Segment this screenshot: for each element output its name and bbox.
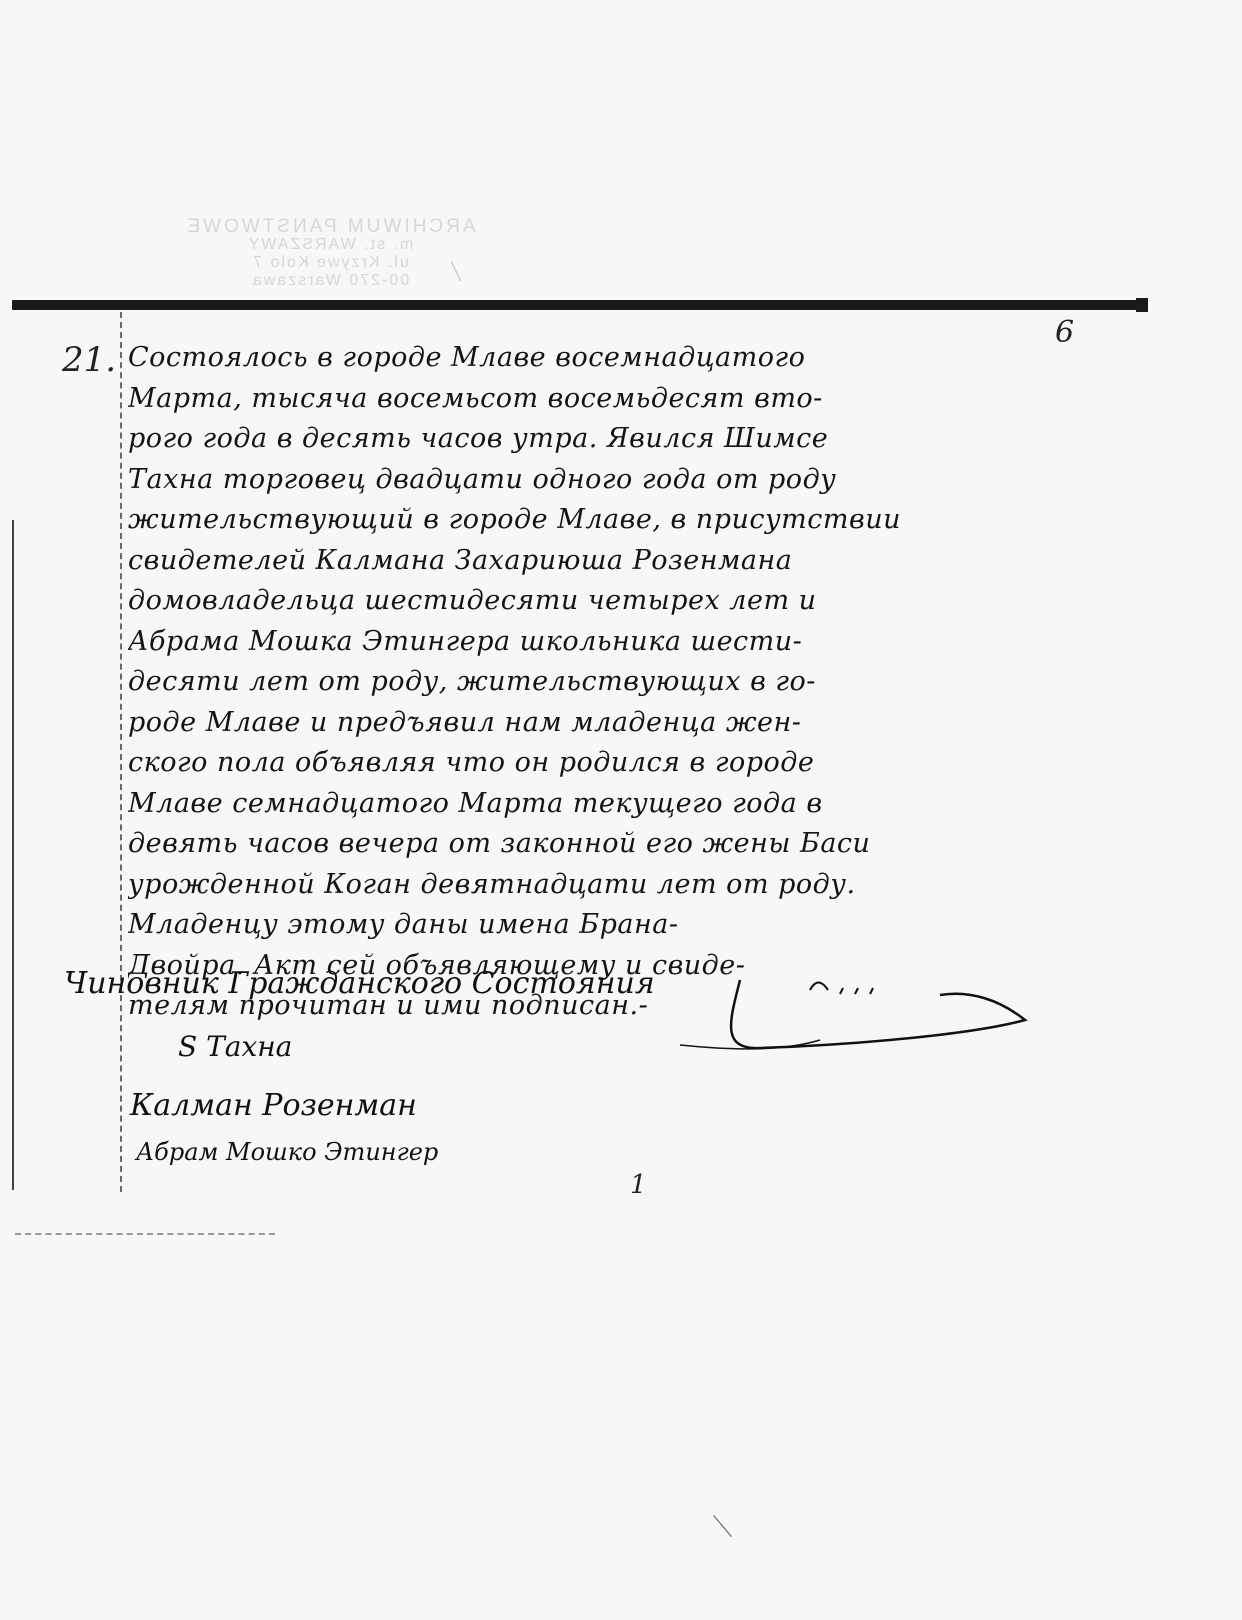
stamp-line: 00-270 Warszawa (175, 272, 485, 290)
record-line: жительствующий в городе Млаве, в присутс… (128, 500, 1118, 541)
record-line: Марта, тысяча восемьсот восемьдесят вто- (128, 379, 1118, 420)
witness1-signature: Калман Розенман (130, 1088, 417, 1123)
bottom-mark: 1 (630, 1170, 647, 1200)
stamp-line: ARCHIWUM PANSTWOWE (175, 218, 485, 236)
bottom-dashed-line (15, 1233, 275, 1235)
stamp-line: ul. Krzywe Kolo 7 (175, 254, 485, 272)
stamp-line: m. st. WARSZAWY (175, 236, 485, 254)
left-edge-line (12, 520, 14, 1190)
record-line: десяти лет от роду, жительствующих в го- (128, 662, 1118, 703)
record-line: домовладельца шестидесяти четырех лет и (128, 581, 1118, 622)
record-line: девять часов вечера от законной его жены… (128, 824, 1118, 865)
record-line: урожденной Коган девятнадцати лет от род… (128, 865, 1118, 906)
margin-column-line (120, 312, 122, 1192)
witness2-signature: Абрам Мошко Этингер (136, 1138, 438, 1166)
record-line: Млаве семнадцатого Марта текущего года в (128, 784, 1118, 825)
record-line: Абрама Мошка Этингера школьника шести- (128, 622, 1118, 663)
record-line: ского пола объявляя что он родился в гор… (128, 743, 1118, 784)
record-line: свидетелей Калмана Захариюша Розенмана (128, 541, 1118, 582)
official-title: Чиновник Гражданского Состояния (64, 966, 655, 1001)
record-line: Состоялось в городе Млаве восемнадцатого (128, 338, 1118, 379)
record-line: рого года в десять часов утра. Явился Ши… (128, 419, 1118, 460)
official-signature-flourish (670, 960, 1050, 1060)
record-line: Тахна торговец двадцати одного года от р… (128, 460, 1118, 501)
stray-mark (713, 1515, 732, 1537)
entry-number: 21. (62, 340, 116, 380)
record-body: Состоялось в городе Млаве восемнадцатого… (128, 338, 1118, 1027)
record-line: Младенцу этому даны имена Брана- (128, 905, 1118, 946)
record-line: роде Млаве и предъявил нам младенца жен- (128, 703, 1118, 744)
archive-stamp-bleed-through: ARCHIWUM PANSTWOWE m. st. WARSZAWY ul. K… (175, 218, 485, 290)
declarant-signature: S Тахна (178, 1030, 292, 1063)
top-rule (12, 300, 1142, 310)
